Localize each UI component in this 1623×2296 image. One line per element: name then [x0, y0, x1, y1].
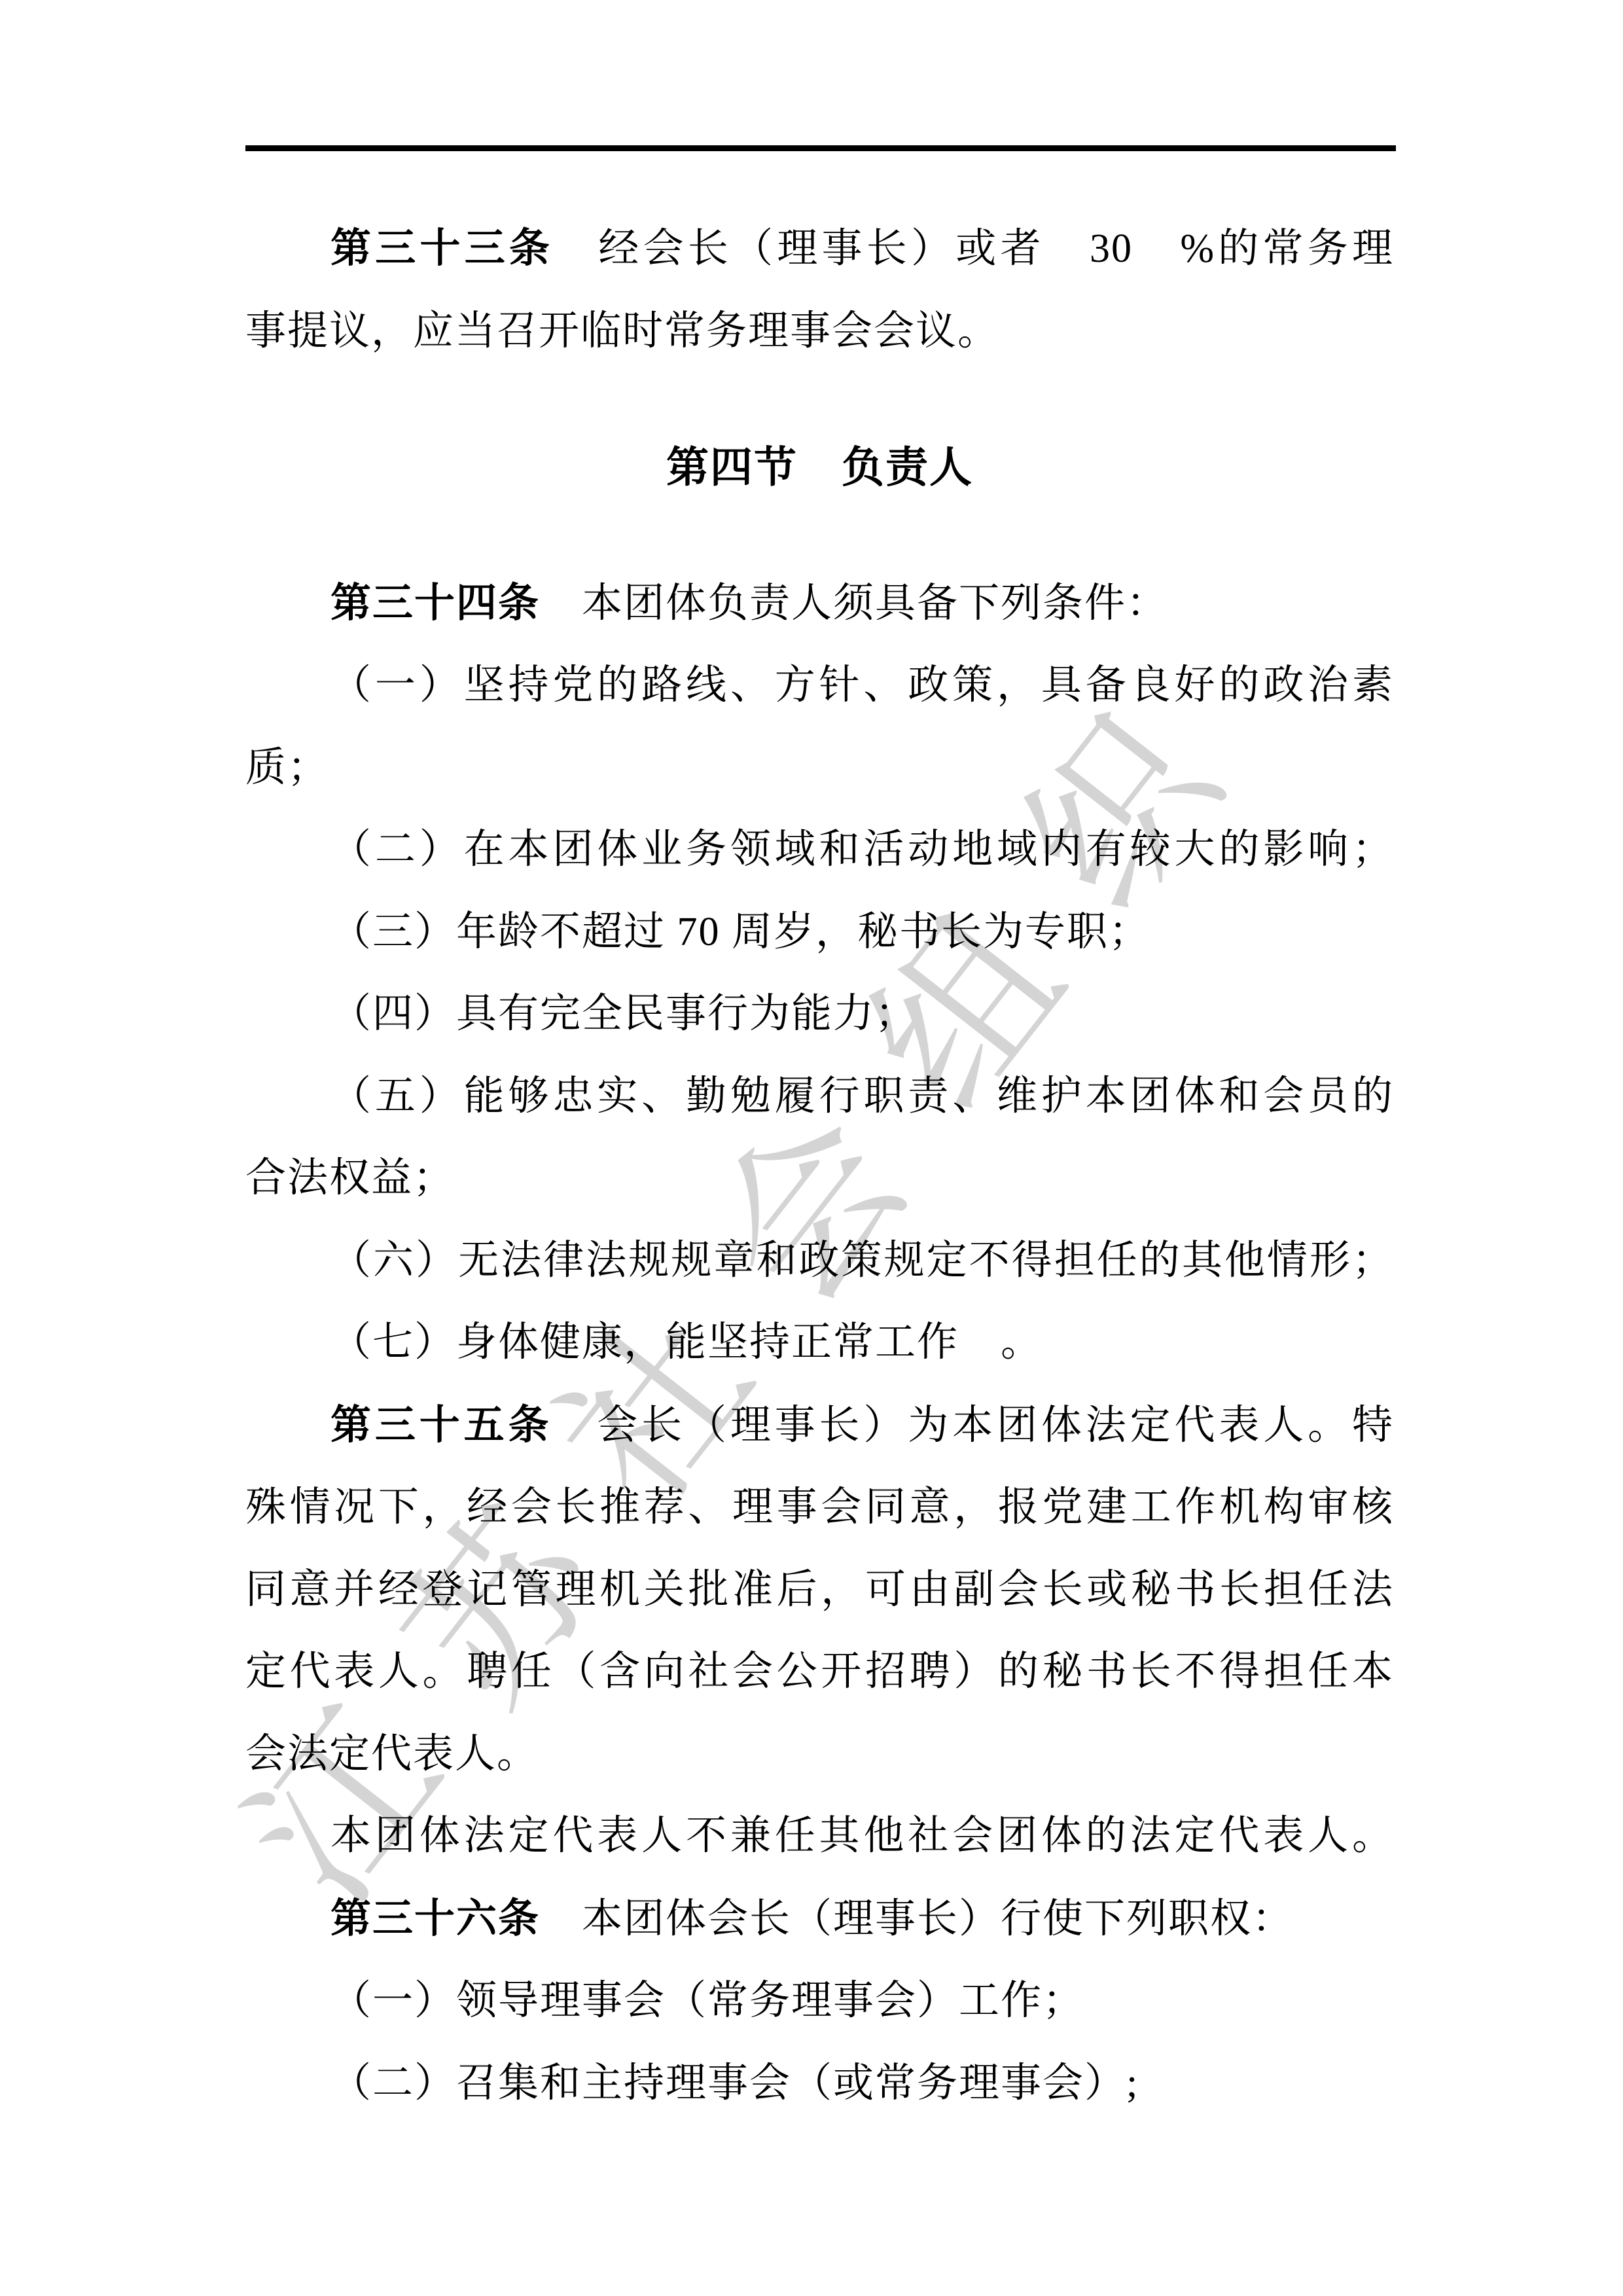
line-text: （二）召集和主持理事会（或常务理事会）; — [330, 2061, 1139, 2106]
document-page: 江苏社会组织 第三十三条 经会长（理事长）或者 30 %的常务理 事提议，应当召… — [0, 0, 1623, 2296]
line-text: 殊情况下，经会长推荐、理事会同意，报党建工作机构审核 — [245, 1485, 1394, 1530]
text-line: 合法权益； — [245, 1138, 1394, 1220]
text-line: 第三十五条 会长（理事长）为本团体法定代表人。特 — [245, 1384, 1394, 1467]
text-line: （二）在本团体业务领域和活动地域内有较大的影响； — [245, 809, 1394, 891]
text-line: （七）身体健康，能坚持正常工作 。 — [245, 1302, 1394, 1384]
text-line: 本团体法定代表人不兼任其他社会团体的法定代表人。 — [245, 1795, 1394, 1878]
article-number: 第三十四条 — [330, 581, 540, 626]
line-text: 定代表人。聘任（含向社会公开招聘）的秘书长不得担任本 — [245, 1649, 1394, 1694]
text-line: （四）具有完全民事行为能力； — [245, 973, 1394, 1056]
line-text: 事提议，应当召开临时常务理事会会议。 — [245, 309, 999, 353]
line-text: （五）能够忠实、勤勉履行职责、维护本团体和会员的 — [330, 1074, 1394, 1119]
line-text: （一）坚持党的路线、方针、政策，具备良好的政治素 — [330, 663, 1394, 708]
line-text: （三）年龄不超过 70 周岁，秘书长为专职； — [330, 910, 1150, 954]
line-text: 质； — [245, 745, 329, 790]
text-line: 第三十六条 本团体会长（理事长）行使下列职权： — [245, 1878, 1394, 1961]
line-text: 同意并经登记管理机关批准后，可由副会长或秘书长担任法 — [245, 1568, 1394, 1612]
line-text: （七）身体健康，能坚持正常工作 。 — [330, 1320, 1043, 1365]
line-text: 本团体会长（理事长）行使下列职权： — [540, 1897, 1294, 1941]
text-line: 殊情况下，经会长推荐、理事会同意，报党建工作机构审核 — [245, 1467, 1394, 1549]
section-heading: 第四节 负责人 — [245, 426, 1394, 509]
line-text: （一）领导理事会（常务理事会）工作； — [330, 1979, 1084, 2023]
article-number: 第三十六条 — [330, 1896, 540, 1941]
line-text: 会长（理事长）为本团体法定代表人。特 — [552, 1403, 1394, 1448]
text-line: 定代表人。聘任（含向社会公开招聘）的秘书长不得担任本 — [245, 1631, 1394, 1713]
text-line: （六）无法律法规规章和政策规定不得担任的其他情形； — [245, 1220, 1394, 1302]
text-line: （二）召集和主持理事会（或常务理事会）; — [245, 2043, 1394, 2125]
line-text: 经会长（理事长）或者 30 %的常务理 — [554, 226, 1394, 271]
line-text: 合法权益； — [245, 1156, 455, 1200]
article-number: 第三十五条 — [330, 1403, 552, 1448]
line-text: 会法定代表人。 — [245, 1732, 539, 1776]
document-body: 第三十三条 经会长（理事长）或者 30 %的常务理 事提议，应当召开临时常务理事… — [245, 207, 1394, 2125]
line-text: （四）具有完全民事行为能力； — [330, 992, 917, 1036]
text-line: 第三十四条 本团体负责人须具备下列条件： — [245, 562, 1394, 645]
line-text: （六）无法律法规规章和政策规定不得担任的其他情形； — [330, 1238, 1394, 1283]
text-line: 第三十三条 经会长（理事长）或者 30 %的常务理 — [245, 207, 1394, 291]
line-text: （二）在本团体业务领域和活动地域内有较大的影响； — [330, 827, 1394, 872]
text-line: （一）领导理事会（常务理事会）工作； — [245, 1960, 1394, 2043]
line-text: 本团体负责人须具备下列条件： — [540, 581, 1168, 626]
header-rule — [245, 145, 1396, 151]
text-line: 同意并经登记管理机关批准后，可由副会长或秘书长担任法 — [245, 1549, 1394, 1632]
text-line: 会法定代表人。 — [245, 1713, 1394, 1796]
article-number: 第三十三条 — [330, 226, 554, 271]
text-line: （一）坚持党的路线、方针、政策，具备良好的政治素 — [245, 645, 1394, 727]
text-line: （三）年龄不超过 70 周岁，秘书长为专职； — [245, 891, 1394, 974]
text-line: 事提议，应当召开临时常务理事会会议。 — [245, 291, 1394, 373]
text-line: （五）能够忠实、勤勉履行职责、维护本团体和会员的 — [245, 1056, 1394, 1138]
text-line: 质； — [245, 727, 1394, 810]
line-text: 本团体法定代表人不兼任其他社会团体的法定代表人。 — [330, 1814, 1394, 1858]
